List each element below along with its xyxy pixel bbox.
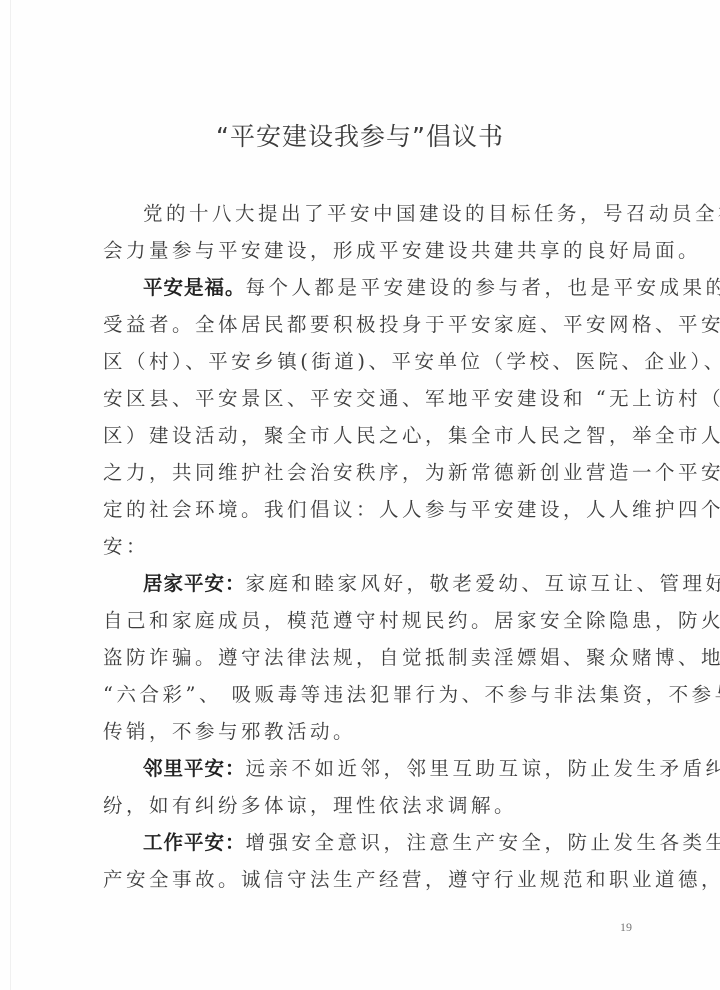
paragraph-line: 安区县、平安景区、平安交通、军地平安建设和 “无上访村（社 [103, 380, 643, 417]
line-text: 安： [103, 535, 149, 558]
paragraph-line: 会力量参与平安建设，形成平安建设共建共享的良好局面。 [103, 232, 643, 269]
line-text: 家庭和睦家风好，敬老爱幼、互谅互让、管理好 [246, 572, 720, 595]
line-text: 产安全事故。诚信守法生产经营，遵守行业规范和职业道德，不 [103, 868, 720, 891]
line-text: 每个人都是平安建设的参与者，也是平安成果的 [246, 276, 720, 299]
paragraph-line: 安： [103, 528, 643, 565]
line-text: 盗防诈骗。遵守法律法规，自觉抵制卖淫嫖娼、聚众赌博、地下 [103, 646, 720, 669]
line-text: 党的十八大提出了平安中国建设的目标任务，号召动员全社 [143, 202, 720, 225]
line-text: 远亲不如近邻，邻里互助互谅，防止发生矛盾纠 [246, 757, 720, 780]
line-text: 区（村）、平安乡镇(街道)、平安单位（学校、医院、企业）、平 [103, 350, 720, 373]
paragraph-line: “六合彩”、 吸贩毒等违法犯罪行为、不参与非法集资，不参与 [103, 676, 643, 713]
paragraph-line: 自己和家庭成员，模范遵守村规民约。居家安全除隐患，防火防 [103, 602, 643, 639]
paragraph-line: 平安是福。每个人都是平安建设的参与者，也是平安成果的 [103, 269, 643, 306]
document-body: 党的十八大提出了平安中国建设的目标任务，号召动员全社会力量参与平安建设，形成平安… [103, 195, 643, 898]
paragraph-line: 区）建设活动，聚全市人民之心，集全市人民之智，举全市人民 [103, 417, 643, 454]
paragraph-line: 党的十八大提出了平安中国建设的目标任务，号召动员全社 [103, 195, 643, 232]
line-text: 受益者。全体居民都要积极投身于平安家庭、平安网格、平安社 [103, 313, 720, 336]
page-number: 19 [620, 920, 632, 935]
paragraph-line: 之力，共同维护社会治安秩序，为新常德新创业营造一个平安稳 [103, 454, 643, 491]
paragraph-line: 受益者。全体居民都要积极投身于平安家庭、平安网格、平安社 [103, 306, 643, 343]
line-text: 纷，如有纠纷多体谅，理性依法求调解。 [103, 794, 517, 817]
line-text: 区）建设活动，聚全市人民之心，集全市人民之智，举全市人民 [103, 424, 720, 447]
paragraph-line: 定的社会环境。我们倡议：人人参与平安建设，人人维护四个平 [103, 491, 643, 528]
paragraph-line: 工作平安：增强安全意识，注意生产安全，防止发生各类生 [103, 824, 643, 861]
line-text: 安区县、平安景区、平安交通、军地平安建设和 “无上访村（社 [103, 387, 720, 410]
document-title: “平安建设我参与”倡议书 [0, 117, 720, 153]
paragraph-line: 邻里平安：远亲不如近邻，邻里互助互谅，防止发生矛盾纠 [103, 750, 643, 787]
line-text: 自己和家庭成员，模范遵守村规民约。居家安全除隐患，防火防 [103, 609, 720, 632]
line-text: 增强安全意识，注意生产安全，防止发生各类生 [246, 831, 720, 854]
line-text: 定的社会环境。我们倡议：人人参与平安建设，人人维护四个平 [103, 498, 720, 521]
line-text: 会力量参与平安建设，形成平安建设共建共享的良好局面。 [103, 239, 701, 262]
paragraph-line: 居家平安：家庭和睦家风好，敬老爱幼、互谅互让、管理好 [103, 565, 643, 602]
section-heading: 平安是福。 [143, 276, 246, 299]
paragraph-line: 纷，如有纠纷多体谅，理性依法求调解。 [103, 787, 643, 824]
paragraph-line: 产安全事故。诚信守法生产经营，遵守行业规范和职业道德，不 [103, 861, 643, 898]
paragraph-line: 区（村）、平安乡镇(街道)、平安单位（学校、医院、企业）、平 [103, 343, 643, 380]
line-text: 传销，不参与邪教活动。 [103, 720, 356, 743]
document-page: “平安建设我参与”倡议书 党的十八大提出了平安中国建设的目标任务，号召动员全社会… [0, 0, 720, 990]
line-text: 之力，共同维护社会治安秩序，为新常德新创业营造一个平安稳 [103, 461, 720, 484]
section-heading: 邻里平安： [143, 757, 246, 780]
section-heading: 工作平安： [143, 831, 246, 854]
paragraph-line: 盗防诈骗。遵守法律法规，自觉抵制卖淫嫖娼、聚众赌博、地下 [103, 639, 643, 676]
paragraph-line: 传销，不参与邪教活动。 [103, 713, 643, 750]
line-text: “六合彩”、 吸贩毒等违法犯罪行为、不参与非法集资，不参与 [103, 683, 720, 706]
section-heading: 居家平安： [143, 572, 246, 595]
